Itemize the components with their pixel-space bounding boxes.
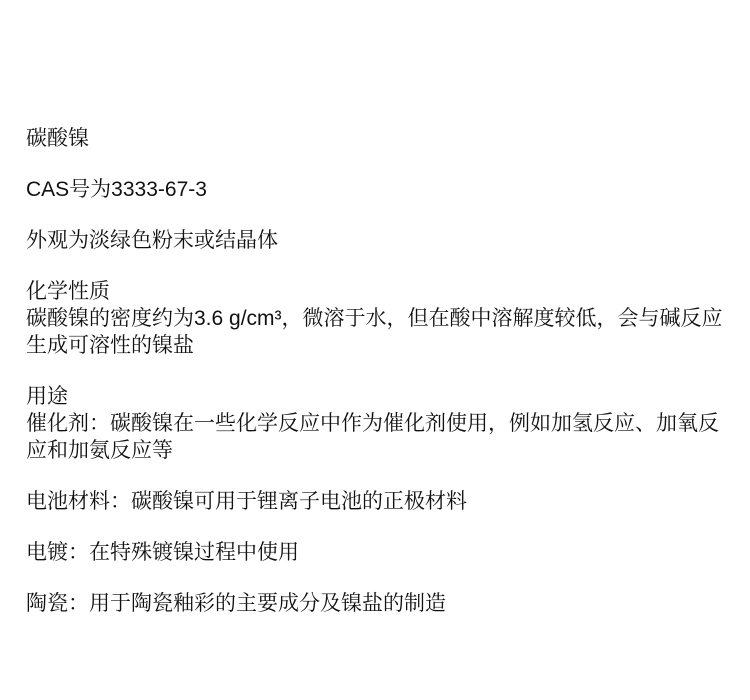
paragraph-ceramics: 陶瓷：用于陶瓷釉彩的主要成分及镍盐的制造 (26, 590, 738, 617)
document-page: 碳酸镍 CAS号为3333-67-3 外观为淡绿色粉末或结晶体 化学性质 碳酸镍… (0, 0, 750, 700)
paragraph-electroplating: 电镀：在特殊镀镍过程中使用 (26, 539, 738, 566)
paragraph-appearance: 外观为淡绿色粉末或结晶体 (26, 227, 738, 254)
paragraph-title: 碳酸镍 (26, 125, 738, 152)
paragraph-chemical-properties: 化学性质 碳酸镍的密度约为3.6 g/cm³，微溶于水，但在酸中溶解度较低，会与… (26, 278, 738, 359)
paragraph-battery-material: 电池材料：碳酸镍可用于锂离子电池的正极材料 (26, 488, 738, 515)
paragraph-cas-number: CAS号为3333-67-3 (26, 176, 738, 203)
paragraph-uses-catalyst: 用途 催化剂：碳酸镍在一些化学反应中作为催化剂使用，例如加氢反应、加氧反 应和加… (26, 383, 738, 464)
